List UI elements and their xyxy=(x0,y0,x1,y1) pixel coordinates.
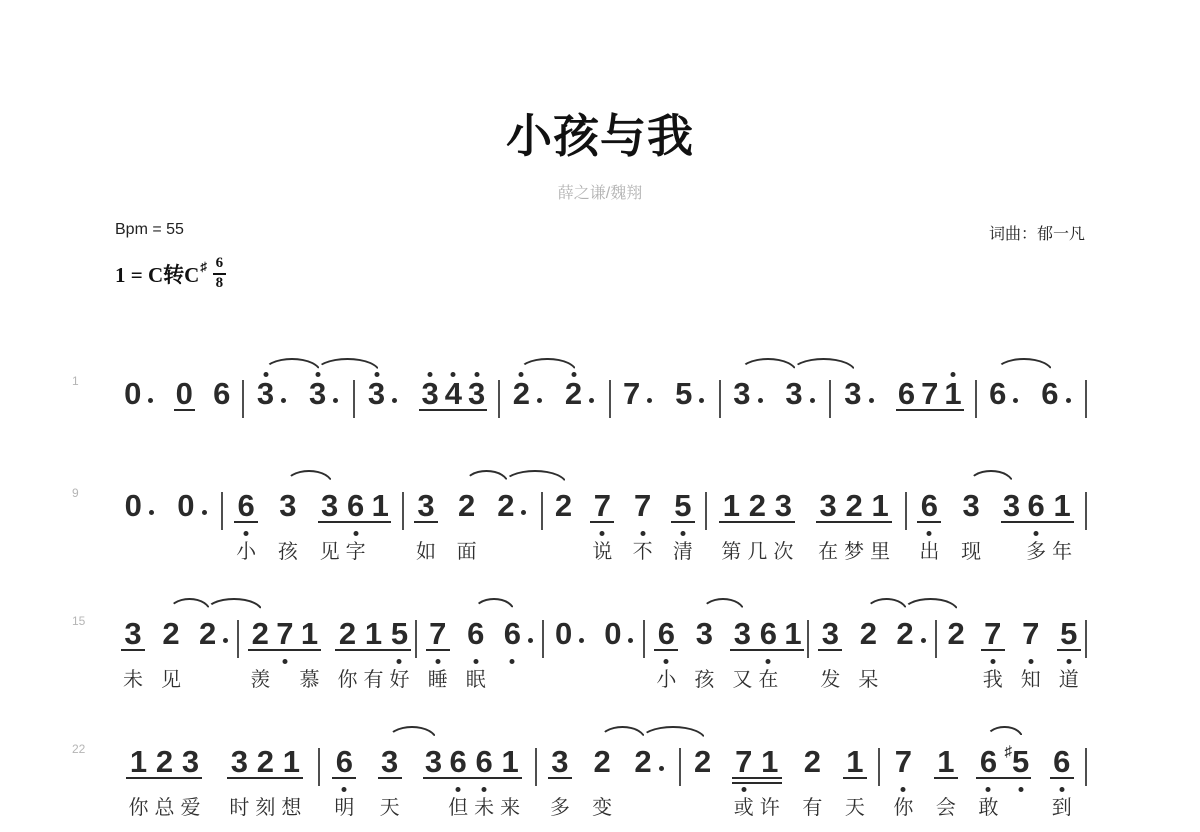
note-digit: 3 xyxy=(468,378,485,410)
note-digit: 7 xyxy=(921,378,938,410)
measure: 1第2几3次3在2梦1里 xyxy=(707,478,904,564)
beam-line xyxy=(671,521,695,524)
duration-dot xyxy=(537,398,542,403)
lyric-syllable: 如 xyxy=(416,540,436,564)
lyric-syllable: 年 xyxy=(1052,540,1072,564)
lyric-syllable: 里 xyxy=(870,540,890,564)
lyric-syllable: 小 xyxy=(236,540,256,564)
note-value: 1 xyxy=(944,378,961,410)
measure: 6明3天36但6未1来 xyxy=(320,734,535,820)
note-value: 1 xyxy=(301,618,318,650)
duration-dot xyxy=(392,398,397,403)
note: 2 xyxy=(494,478,531,564)
note-digit: 1 xyxy=(944,378,961,410)
note-value: 3 xyxy=(1003,490,1020,522)
note-group: 3孩 xyxy=(691,606,717,692)
score-line: 221你2总3爱3时2刻1想6明3天36但6未1来3多2变227或1许2有1天7… xyxy=(112,734,1087,820)
measure: 00 xyxy=(544,606,643,692)
octave-dot-above xyxy=(374,372,379,377)
note-value: 2 xyxy=(252,618,269,650)
note-group: 5道 xyxy=(1056,606,1082,692)
note-value: 6 xyxy=(980,746,997,778)
note: 7你 xyxy=(890,734,916,820)
note: 7 xyxy=(620,366,657,410)
note-value: 0 xyxy=(125,490,156,522)
slur-arc xyxy=(518,358,576,372)
note-digit: 2 xyxy=(513,378,530,410)
duration-dot xyxy=(869,398,874,403)
note-digit: 6 xyxy=(921,490,938,522)
note-digit: 2 xyxy=(497,490,514,522)
note-group: 7知 xyxy=(1018,606,1044,692)
note-digit: 7 xyxy=(634,490,651,522)
note-value: 2 xyxy=(497,490,528,522)
note-value: 2 xyxy=(458,490,475,522)
note-group: 2面 xyxy=(454,478,480,564)
note-value: 5 xyxy=(674,490,691,522)
note-value: 3 xyxy=(962,490,979,522)
note-value: 2 xyxy=(156,746,173,778)
octave-dot-below xyxy=(766,659,771,664)
note: 2 xyxy=(691,734,714,820)
lyric-syllable: 道 xyxy=(1059,668,1079,692)
note-digit: 3 xyxy=(231,746,248,778)
note-value: 3 xyxy=(257,378,288,410)
note-digit: 2 xyxy=(804,746,821,778)
octave-dot-below xyxy=(397,659,402,664)
note-group: 2 xyxy=(196,606,233,692)
note-digit: 3 xyxy=(417,490,434,522)
note-value: 6 xyxy=(504,618,535,650)
duration-dot xyxy=(589,398,594,403)
note-value: 6 xyxy=(760,618,777,650)
note-group: 6眠 xyxy=(463,606,489,692)
lyric-syllable: 羡 xyxy=(250,668,270,692)
note-group: 36但6未1来 xyxy=(422,734,523,820)
measure: 3发2呆2 xyxy=(809,606,934,692)
note-digit: 7 xyxy=(984,618,1001,650)
measure: 33 xyxy=(244,366,352,410)
note-group: 0 xyxy=(122,478,159,564)
note-value: 6 xyxy=(450,746,467,778)
key-text: 1 = C转C xyxy=(115,259,199,289)
note-group: 2 xyxy=(631,734,668,820)
measure: 3如2面2 xyxy=(404,478,541,564)
beam-line xyxy=(719,521,795,524)
lyric-syllable: 见 xyxy=(320,540,340,564)
note-value: 1 xyxy=(365,618,382,650)
note-value: 2 xyxy=(948,618,965,650)
duration-dot xyxy=(1013,398,1018,403)
note-value: 7 xyxy=(1022,618,1039,650)
lyric-syllable: 又 xyxy=(732,668,752,692)
duration-dot xyxy=(921,638,926,643)
note-digit: 2 xyxy=(634,746,651,778)
note-value: 7 xyxy=(895,746,912,778)
note: 4 xyxy=(442,366,465,410)
note-digit: 0 xyxy=(604,618,621,650)
duration-dot xyxy=(281,398,286,403)
note-digit: 2 xyxy=(257,746,274,778)
octave-dot-below xyxy=(482,787,487,792)
note: 6 xyxy=(986,366,1023,410)
note: 0 xyxy=(173,366,196,410)
note-value: 3 xyxy=(425,746,442,778)
page-title: 小孩与我 xyxy=(0,100,1200,166)
note-group: 6出 xyxy=(916,478,942,564)
note-group: 3发 xyxy=(817,606,843,692)
lyric-syllable: 多 xyxy=(1026,540,1046,564)
note-value: 7 xyxy=(594,490,611,522)
octave-dot-below xyxy=(244,531,249,536)
note-group: 3现 xyxy=(958,478,984,564)
note-value: 6 xyxy=(989,378,1020,410)
beam-line xyxy=(590,521,614,524)
lyric-syllable: 你 xyxy=(893,796,913,820)
octave-dot-below xyxy=(282,659,287,664)
note-digit: 3 xyxy=(321,490,338,522)
note-group: 2 xyxy=(893,606,930,692)
beam-line xyxy=(332,777,356,780)
octave-dot-below xyxy=(927,531,932,536)
note-digit: 2 xyxy=(555,490,572,522)
measure: 6小3孩3又6在1 xyxy=(645,606,807,692)
note-digit: 2 xyxy=(594,746,611,778)
duration-dot xyxy=(223,638,228,643)
note: 0 xyxy=(552,606,589,692)
note-digit: 6 xyxy=(658,618,675,650)
duration-dot xyxy=(758,398,763,403)
note-group: 3 xyxy=(306,366,343,410)
note-value: 3 xyxy=(368,378,399,410)
beam-line xyxy=(227,777,303,780)
slur-arc xyxy=(985,726,1023,740)
note-group: 2呆 xyxy=(855,606,881,692)
note-value: 3 xyxy=(124,618,141,650)
note: 6 xyxy=(501,606,538,692)
note-value: 2 xyxy=(694,746,711,778)
beam-line xyxy=(654,649,678,652)
lyric-syllable: 时 xyxy=(229,796,249,820)
lyric-syllable: 呆 xyxy=(858,668,878,692)
lyric-syllable: 许 xyxy=(760,796,780,820)
note-group: 3又6在1 xyxy=(729,606,804,692)
note-value: 0 xyxy=(124,378,155,410)
note-digit: 1 xyxy=(784,618,801,650)
note-digit: 6 xyxy=(213,378,230,410)
note-value: 2 xyxy=(555,490,572,522)
lyric-syllable: 字 xyxy=(346,540,366,564)
note-group: 7不 xyxy=(630,478,656,564)
note-digit: 6 xyxy=(760,618,777,650)
measure: 1你2总3爱3时2刻1想 xyxy=(112,734,318,820)
slur-arc xyxy=(315,358,380,372)
beam-line xyxy=(419,409,487,412)
duration-dot xyxy=(699,398,704,403)
duration-dot xyxy=(528,638,533,643)
note-digit: 2 xyxy=(846,490,863,522)
note-group: 3 xyxy=(841,366,878,410)
duration-dot xyxy=(647,398,652,403)
note-digit: 3 xyxy=(421,378,438,410)
note-group: 7或1许 xyxy=(731,734,783,820)
note-value: 3 xyxy=(231,746,248,778)
key-signature: 1 = C转C♯ 6 8 xyxy=(115,256,1200,292)
song-artists: 薛之谦/魏翔 xyxy=(0,180,1200,203)
note-digit: 5 xyxy=(1012,746,1029,778)
note-value: 1 xyxy=(784,618,801,650)
note-value: 2 xyxy=(513,378,544,410)
slur-arc xyxy=(464,470,509,484)
measure: 3343 xyxy=(355,366,499,410)
note-value: 2 xyxy=(162,618,179,650)
note-digit: 3 xyxy=(309,378,326,410)
lyric-syllable: 变 xyxy=(592,796,612,820)
note-digit: 3 xyxy=(775,490,792,522)
note-value: 1 xyxy=(723,490,740,522)
note: 2 xyxy=(552,478,575,564)
note-group: 2 xyxy=(562,366,599,410)
note-digit: 3 xyxy=(822,618,839,650)
measure: 6出3现36多1年 xyxy=(907,478,1085,564)
note-group: 343 xyxy=(418,366,488,410)
lyric-syllable: 见 xyxy=(161,668,181,692)
note-value: 2 xyxy=(896,618,927,650)
note-digit: 1 xyxy=(937,746,954,778)
note-digit: 6 xyxy=(450,746,467,778)
note-digit: 7 xyxy=(429,618,446,650)
octave-dot-above xyxy=(519,372,524,377)
note-group: 6小 xyxy=(653,606,679,692)
note-digit: 6 xyxy=(336,746,353,778)
lyric-syllable: 爱 xyxy=(180,796,200,820)
barline xyxy=(1085,748,1087,786)
beam-line xyxy=(248,649,321,652)
note-value: 3 xyxy=(820,490,837,522)
beam-line xyxy=(174,409,195,412)
note-value: 3 xyxy=(734,618,751,650)
note: 6 xyxy=(1038,366,1075,410)
note: 3现 xyxy=(958,478,984,564)
note-digit: 7 xyxy=(623,378,640,410)
note-group: 3多 xyxy=(547,734,573,820)
note-digit: 7 xyxy=(895,746,912,778)
note-digit: 6 xyxy=(1041,378,1058,410)
score-line: 1006333343227533367166 xyxy=(112,366,1087,436)
beam-line xyxy=(730,649,803,652)
note-digit: 6 xyxy=(980,746,997,778)
note-group: 7我 xyxy=(980,606,1006,692)
note-digit: 2 xyxy=(252,618,269,650)
note-value: 6 xyxy=(921,490,938,522)
measure: 3671 xyxy=(831,366,975,410)
duration-dot xyxy=(810,398,815,403)
note: 0 xyxy=(122,478,159,564)
octave-dot-below xyxy=(600,531,605,536)
barline xyxy=(1085,492,1087,530)
note-value: 3 xyxy=(468,378,485,410)
beam-line xyxy=(423,777,522,780)
note-digit: 0 xyxy=(176,378,193,410)
lyric-syllable: 好 xyxy=(389,668,409,692)
beam-line xyxy=(1057,649,1081,652)
note-group: 6小 xyxy=(233,478,259,564)
note-digit: 3 xyxy=(844,378,861,410)
time-denominator: 8 xyxy=(216,276,224,292)
slur-arc xyxy=(902,598,959,612)
beam-line xyxy=(426,649,450,652)
note-digit: 5 xyxy=(675,378,692,410)
note-value: 1 xyxy=(846,746,863,778)
note: 3孩 xyxy=(691,606,717,692)
note-group: 3时2刻1想 xyxy=(226,734,304,820)
note-value: 6 xyxy=(237,490,254,522)
note-group: 2你1有5好 xyxy=(334,606,412,692)
measure: 22 xyxy=(500,366,608,410)
duration-dot xyxy=(579,638,584,643)
measure: 7你1会6敢♯56到 xyxy=(880,734,1085,820)
score-line: 9006小3孩3见6字13如2面227说7不5清1第2几3次3在2梦1里6出3现… xyxy=(112,478,1087,564)
measure: 2羡71慕2你1有5好 xyxy=(239,606,415,692)
note-digit: 7 xyxy=(276,618,293,650)
note-group: 3 xyxy=(254,366,291,410)
measure: 00 xyxy=(112,478,221,564)
note-digit: 1 xyxy=(723,490,740,522)
note-group: 3如 xyxy=(413,478,439,564)
note-digit: 2 xyxy=(199,618,216,650)
note: 3 xyxy=(306,366,343,410)
note-group: 0 xyxy=(174,478,211,564)
note-value: 6 xyxy=(1041,378,1072,410)
lyric-syllable: 你 xyxy=(128,796,148,820)
note-digit: 3 xyxy=(425,746,442,778)
measure: 27或1许2有1天 xyxy=(681,734,878,820)
note: 3 xyxy=(841,366,878,410)
lyric-syllable: 有 xyxy=(363,668,383,692)
note-value: 7 xyxy=(735,746,752,778)
note: 2 xyxy=(945,606,968,692)
lyric-syllable: 天 xyxy=(845,796,865,820)
note: 3 xyxy=(365,366,402,410)
note-value: 3 xyxy=(421,378,438,410)
duration-dot xyxy=(202,510,207,515)
lyric-syllable: 清 xyxy=(673,540,693,564)
measure: 27说7不5清 xyxy=(543,478,705,564)
octave-dot-below xyxy=(353,531,358,536)
note-group: 3 xyxy=(730,366,767,410)
beam-line xyxy=(816,521,892,524)
note-digit: 6 xyxy=(467,618,484,650)
measure-number-label: 22 xyxy=(72,742,85,756)
note-value: 2 xyxy=(804,746,821,778)
slur-arc xyxy=(387,726,437,740)
octave-dot-below xyxy=(1059,787,1064,792)
lyric-syllable: 明 xyxy=(334,796,354,820)
note-value: 4 xyxy=(445,378,462,410)
slur-arc xyxy=(791,358,856,372)
note-digit: 3 xyxy=(381,746,398,778)
note-group: 2 xyxy=(494,478,531,564)
note: 3 xyxy=(730,366,767,410)
octave-dot-below xyxy=(1034,531,1039,536)
note-digit: 3 xyxy=(733,378,750,410)
slur-arc xyxy=(205,598,264,612)
lyric-syllable: 孩 xyxy=(278,540,298,564)
note: 2 xyxy=(893,606,930,692)
lyric-syllable: 不 xyxy=(633,540,653,564)
octave-dot-below xyxy=(473,659,478,664)
note-digit: 1 xyxy=(130,746,147,778)
octave-dot-above xyxy=(474,372,479,377)
note: 2 xyxy=(196,606,233,692)
slur-arc xyxy=(503,470,567,484)
octave-dot-below xyxy=(986,787,991,792)
octave-dot-below xyxy=(640,531,645,536)
note-value: 7 xyxy=(984,618,1001,650)
note-value: 6 xyxy=(658,618,675,650)
note-group: 6 xyxy=(986,366,1023,410)
note-value: 5 xyxy=(391,618,408,650)
note-group: 1第2几3次 xyxy=(718,478,796,564)
slur-arc xyxy=(473,598,516,612)
note: 6 xyxy=(210,366,233,410)
note-digit: 3 xyxy=(734,618,751,650)
note-value: 3 xyxy=(822,618,839,650)
lyric-syllable: 有 xyxy=(802,796,822,820)
note-digit: 1 xyxy=(872,490,889,522)
note-value: 7 xyxy=(276,618,293,650)
measure: 3未2见2 xyxy=(112,606,237,692)
note-value: 3 xyxy=(182,746,199,778)
note-group: 5清 xyxy=(670,478,696,564)
lyric-syllable: 但 xyxy=(448,796,468,820)
barline xyxy=(1085,380,1087,418)
note-digit: 2 xyxy=(860,618,877,650)
beam-line xyxy=(414,521,438,524)
note-group: 6 xyxy=(210,366,233,410)
beam-line xyxy=(121,649,145,652)
measure: 3多2变2 xyxy=(537,734,679,820)
octave-dot-below xyxy=(741,787,746,792)
note-value: 1 xyxy=(130,746,147,778)
note-digit: 1 xyxy=(846,746,863,778)
octave-dot-above xyxy=(263,372,268,377)
note: 3 xyxy=(465,366,488,410)
lyric-syllable: 次 xyxy=(773,540,793,564)
slur-arc xyxy=(285,470,333,484)
note-value: 5 xyxy=(1060,618,1077,650)
note-digit: 0 xyxy=(177,490,194,522)
octave-dot-below xyxy=(510,659,515,664)
note-value: 1 xyxy=(372,490,389,522)
note: 3 xyxy=(254,366,291,410)
octave-dot-below xyxy=(680,531,685,536)
octave-dot-below xyxy=(901,787,906,792)
note-digit: 4 xyxy=(445,378,462,410)
note-group: 3孩 xyxy=(275,478,301,564)
measure-number-label: 1 xyxy=(72,374,79,388)
time-signature: 6 8 xyxy=(213,256,226,292)
measure: 7睡6眠6 xyxy=(417,606,542,692)
note-digit: 2 xyxy=(749,490,766,522)
note-digit: 2 xyxy=(565,378,582,410)
note-digit: 3 xyxy=(279,490,296,522)
note: 3 xyxy=(418,366,441,410)
note-value: 1 xyxy=(872,490,889,522)
beam-line xyxy=(335,649,411,652)
note-digit: 0 xyxy=(125,490,142,522)
duration-dot xyxy=(628,638,633,643)
